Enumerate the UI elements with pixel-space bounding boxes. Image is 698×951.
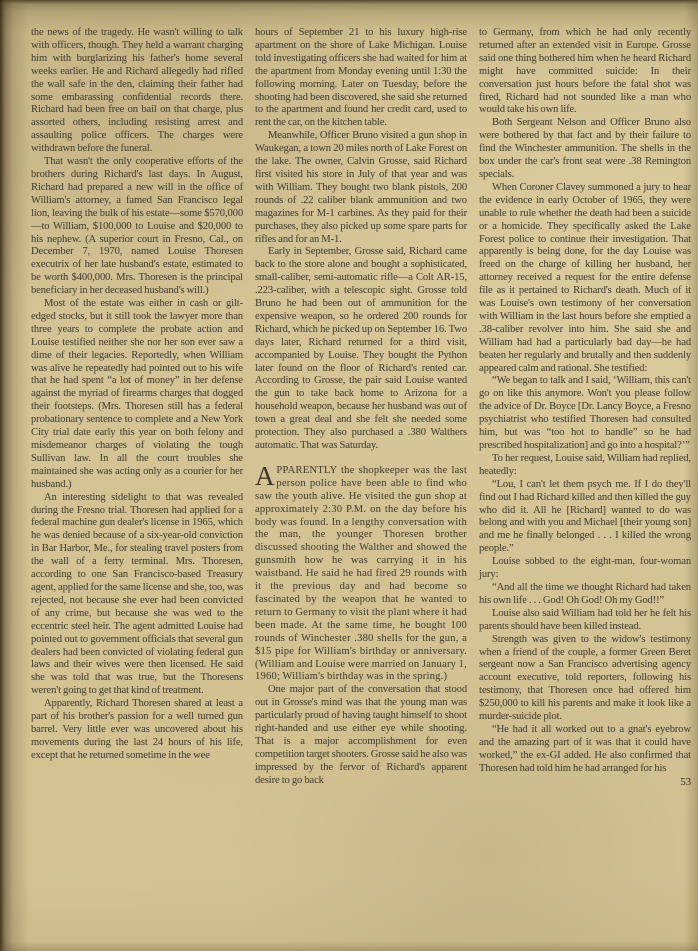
page-number: 53 (479, 776, 691, 789)
article-paragraph: One major part of the conversation that … (255, 684, 467, 787)
article-paragraph: When Coroner Clavey summoned a jury to h… (479, 182, 691, 376)
text-column-right: to Germany, from which he had only recen… (479, 27, 691, 945)
article-paragraph: “Lou, I can't let them psych me. If I do… (479, 479, 691, 556)
article-paragraph: Louise also said William had told her he… (479, 608, 691, 634)
article-paragraph: An interesting sidelight to that was rev… (31, 492, 243, 699)
page-top-shadow (0, 0, 698, 30)
article-paragraph: To her request, Louise said, William had… (479, 453, 691, 479)
page-gutter-shadow (0, 0, 30, 951)
article-paragraph-dropcap: APPARENTLY the shopkeeper was the last p… (255, 465, 467, 684)
article-columns: the news of the tragedy. He wasn't willi… (31, 27, 684, 945)
article-paragraph: “We began to talk and I said, ‘William, … (479, 375, 691, 452)
text-column-middle: hours of September 21 to his luxury high… (255, 27, 467, 945)
text-column-left: the news of the tragedy. He wasn't willi… (31, 27, 243, 945)
article-paragraph: the news of the tragedy. He wasn't willi… (31, 27, 243, 156)
article-paragraph: “He had it all worked out to a gnat's ey… (479, 724, 691, 776)
article-paragraph: Early in September, Grosse said, Richard… (255, 246, 467, 453)
article-paragraph: “And all the time we thought Richard had… (479, 582, 691, 608)
article-paragraph: Apparently, Richard Thoresen shared at l… (31, 698, 243, 763)
drop-cap-letter: A (255, 465, 276, 487)
article-paragraph-text: PPARENTLY the shopkeeper was the last pe… (255, 465, 467, 683)
article-paragraph: hours of September 21 to his luxury high… (255, 27, 467, 130)
magazine-page: the news of the tragedy. He wasn't willi… (0, 0, 698, 951)
article-paragraph: Strength was given to the widow's testim… (479, 634, 691, 724)
article-paragraph: That wasn't the only cooperative efforts… (31, 156, 243, 298)
article-paragraph: Both Sergeant Nelson and Officer Bruno a… (479, 117, 691, 182)
article-paragraph: Louise sobbed to the eight-man, four-wom… (479, 556, 691, 582)
article-paragraph: Meanwhile, Officer Bruno visited a gun s… (255, 130, 467, 246)
article-paragraph: to Germany, from which he had only recen… (479, 27, 691, 117)
article-paragraph: Most of the estate was either in cash or… (31, 298, 243, 492)
